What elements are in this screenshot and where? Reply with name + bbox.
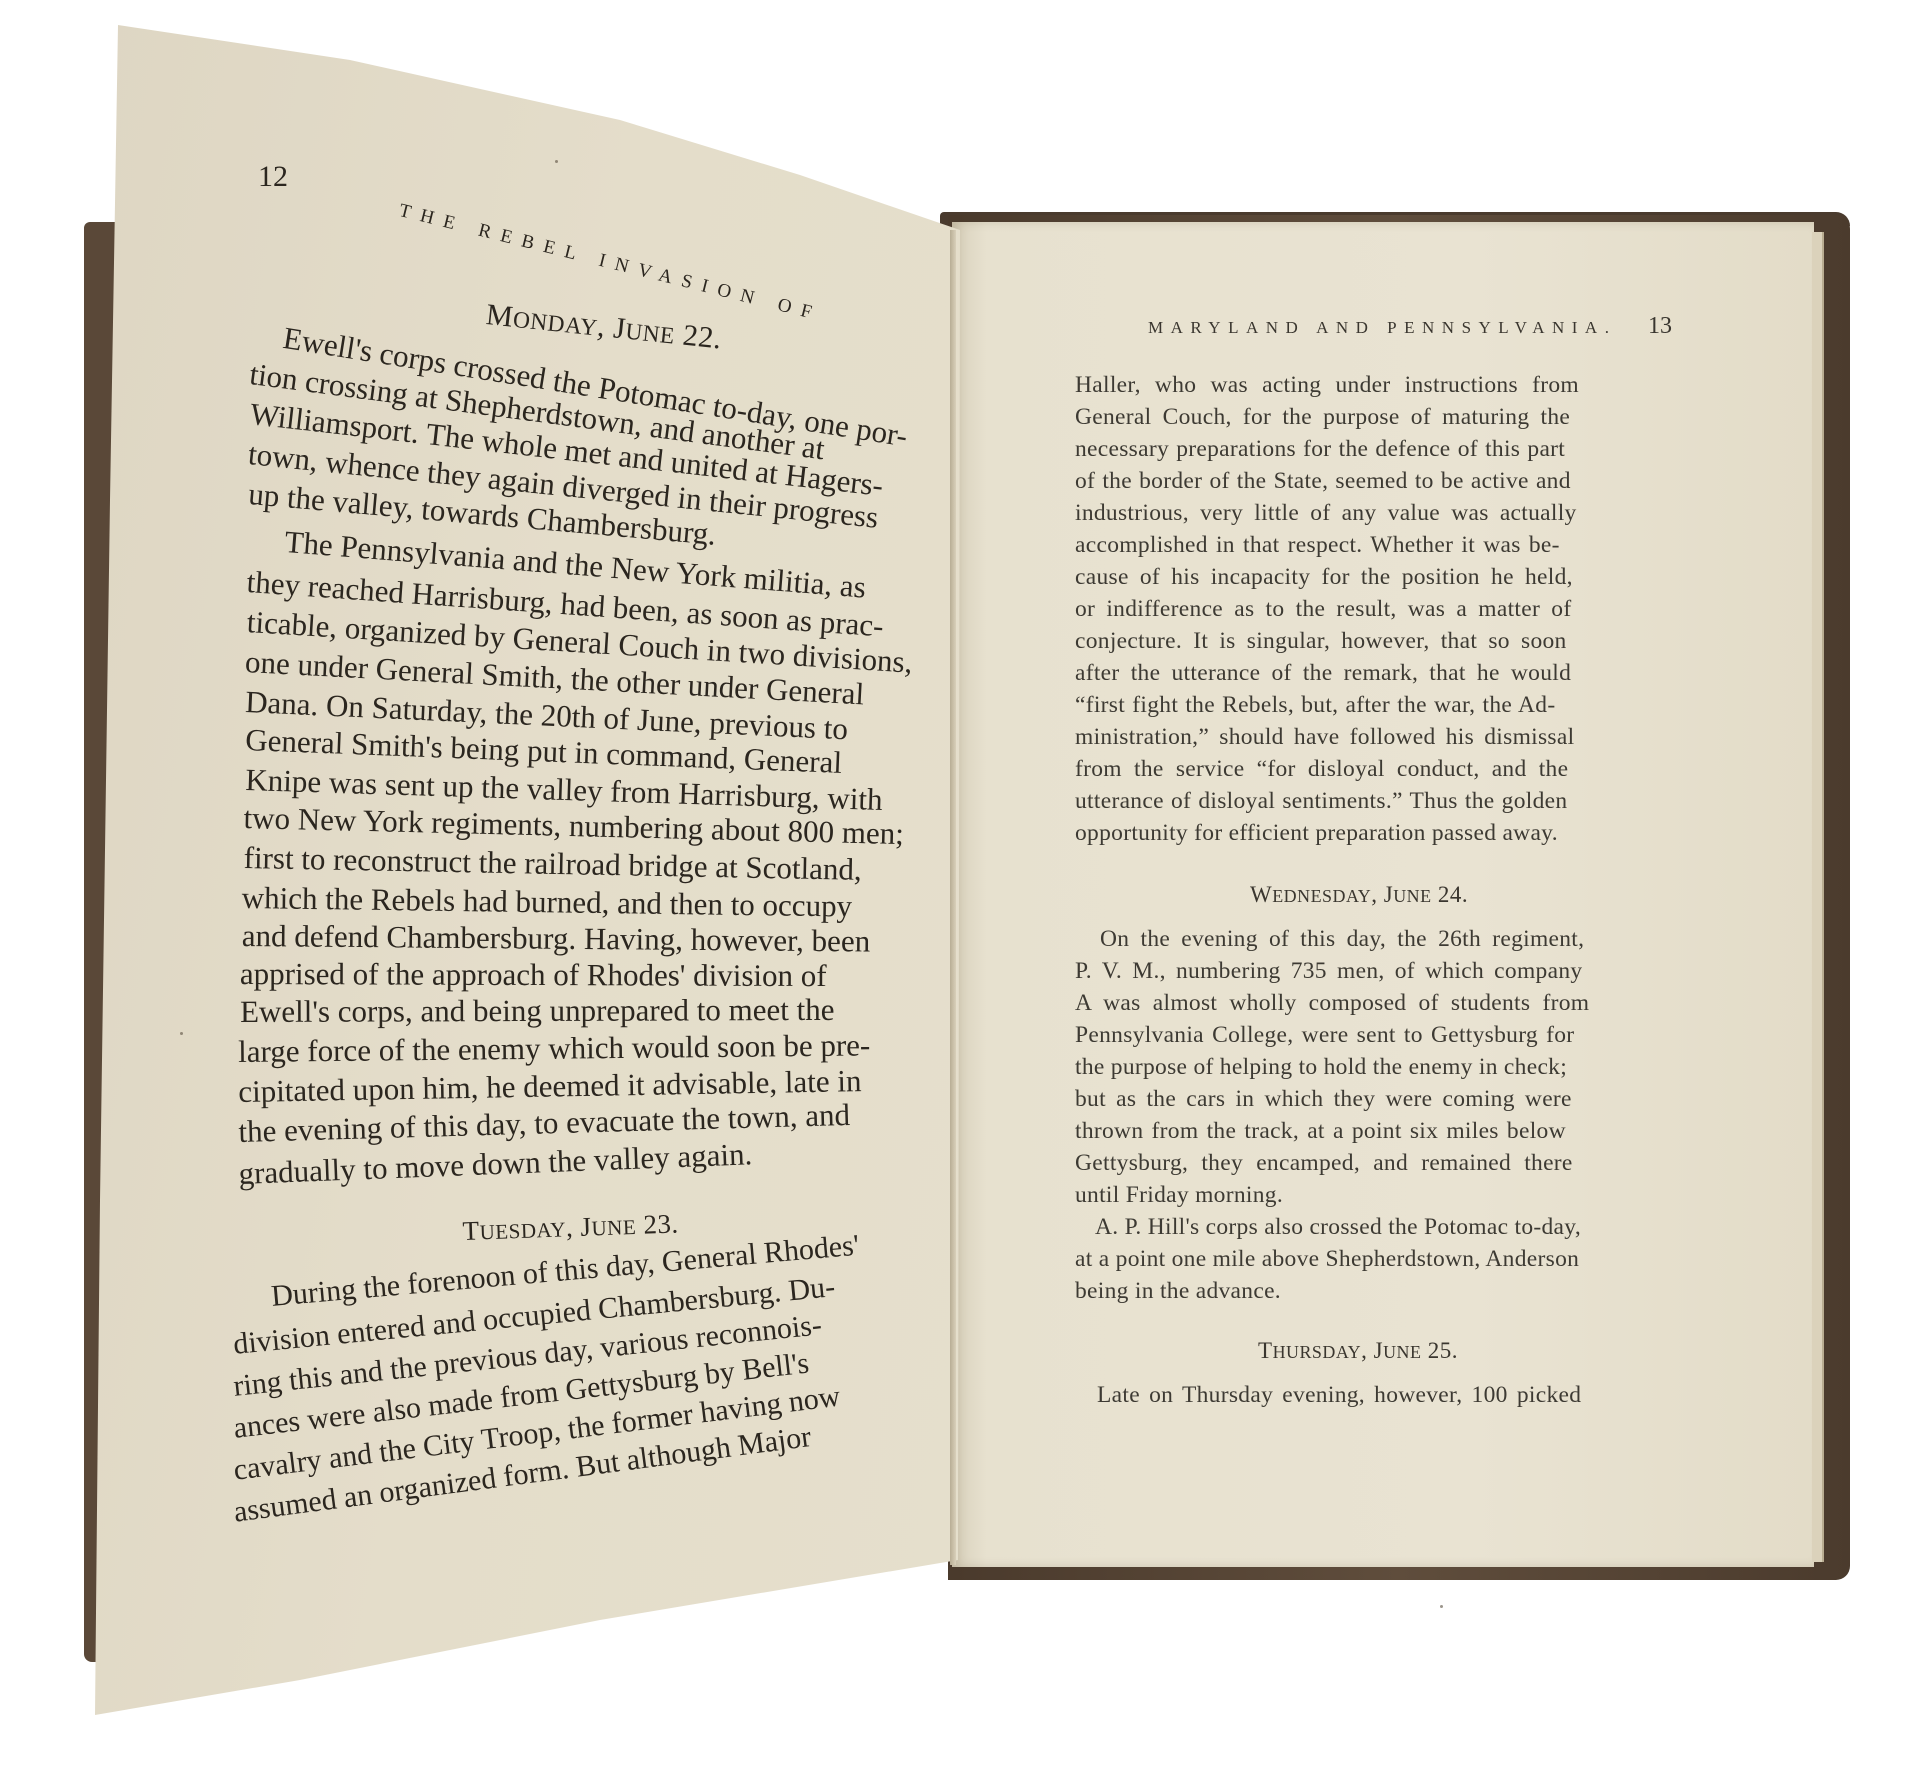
text-line: A was almost wholly composed of students… [1075, 990, 1589, 1017]
date-heading-date: JUNE 24. [1384, 882, 1468, 907]
text-line: “first fight the Rebels, but, after the … [1075, 692, 1555, 719]
text-line: the purpose of helping to hold the enemy… [1075, 1054, 1567, 1081]
text-line: apprised of the approach of Rhodes' divi… [240, 958, 827, 991]
text-line: On the evening of this day, the 26th reg… [1100, 926, 1584, 953]
text-line: Haller, who was acting under instruction… [1075, 372, 1579, 399]
date-heading-day: WEDNESDAY [1250, 882, 1371, 907]
text-line: necessary preparations for the defence o… [1075, 436, 1565, 463]
date-heading-day: THURSDAY [1258, 1338, 1361, 1363]
book-gutter [950, 230, 956, 1565]
text-line: Pennsylvania College, were sent to Getty… [1075, 1022, 1574, 1049]
text-line: Gettysburg, they encamped, and remained … [1075, 1150, 1573, 1177]
text-line: Late on Thursday evening, however, 100 p… [1097, 1382, 1581, 1409]
date-heading-date: JUNE 25. [1374, 1338, 1458, 1363]
text-line: of the border of the State, seemed to be… [1075, 468, 1571, 495]
running-head-right: MARYLAND AND PENNSYLVANIA. [1148, 318, 1616, 338]
page-number-left: 12 [258, 160, 288, 194]
date-heading-date: JUNE 23. [580, 1208, 679, 1241]
text-line: ministration,” should have followed his … [1075, 724, 1574, 751]
text-line: thrown from the track, at a point six mi… [1075, 1118, 1566, 1145]
date-heading-wednesday: WEDNESDAY, JUNE 24. [1250, 882, 1468, 908]
date-heading-day: TUESDAY [462, 1212, 566, 1246]
text-line: Ewell's corps, and being unprepared to m… [240, 994, 834, 1027]
text-line: utterance of disloyal sentiments.” Thus … [1075, 788, 1567, 815]
page-number-right: 13 [1648, 313, 1672, 340]
text-line: or indifference as to the result, was a … [1075, 596, 1571, 623]
text-line: at a point one mile above Shepherdstown,… [1075, 1246, 1579, 1273]
text-line: and defend Chambersburg. Having, however… [242, 920, 871, 956]
text-line: cause of his incapacity for the position… [1075, 564, 1573, 591]
text-line: A. P. Hill's corps also crossed the Poto… [1095, 1214, 1581, 1241]
paper-speck [1440, 1605, 1443, 1608]
text-line: conjecture. It is singular, however, tha… [1075, 628, 1567, 655]
paper-speck [180, 1032, 183, 1035]
text-line: but as the cars in which they were comin… [1075, 1086, 1572, 1113]
text-line: accomplished in that respect. Whether it… [1075, 532, 1560, 559]
right-page-edge [1812, 232, 1824, 1562]
text-line: large force of the enemy which would soo… [238, 1029, 870, 1067]
text-line: industrious, very little of any value wa… [1075, 500, 1577, 527]
text-line: P. V. M., numbering 735 men, of which co… [1075, 958, 1582, 985]
text-line: which the Rebels had burned, and then to… [242, 882, 853, 922]
text-line: opportunity for efficient preparation pa… [1075, 820, 1558, 847]
text-line: General Couch, for the purpose of maturi… [1075, 404, 1570, 431]
text-line: until Friday morning. [1075, 1182, 1283, 1209]
date-heading-thursday: THURSDAY, JUNE 25. [1258, 1338, 1458, 1364]
paper-speck [555, 160, 558, 163]
text-line: from the service “for disloyal conduct, … [1075, 756, 1568, 783]
text-line: after the utterance of the remark, that … [1075, 660, 1571, 687]
text-line: being in the advance. [1075, 1278, 1281, 1305]
